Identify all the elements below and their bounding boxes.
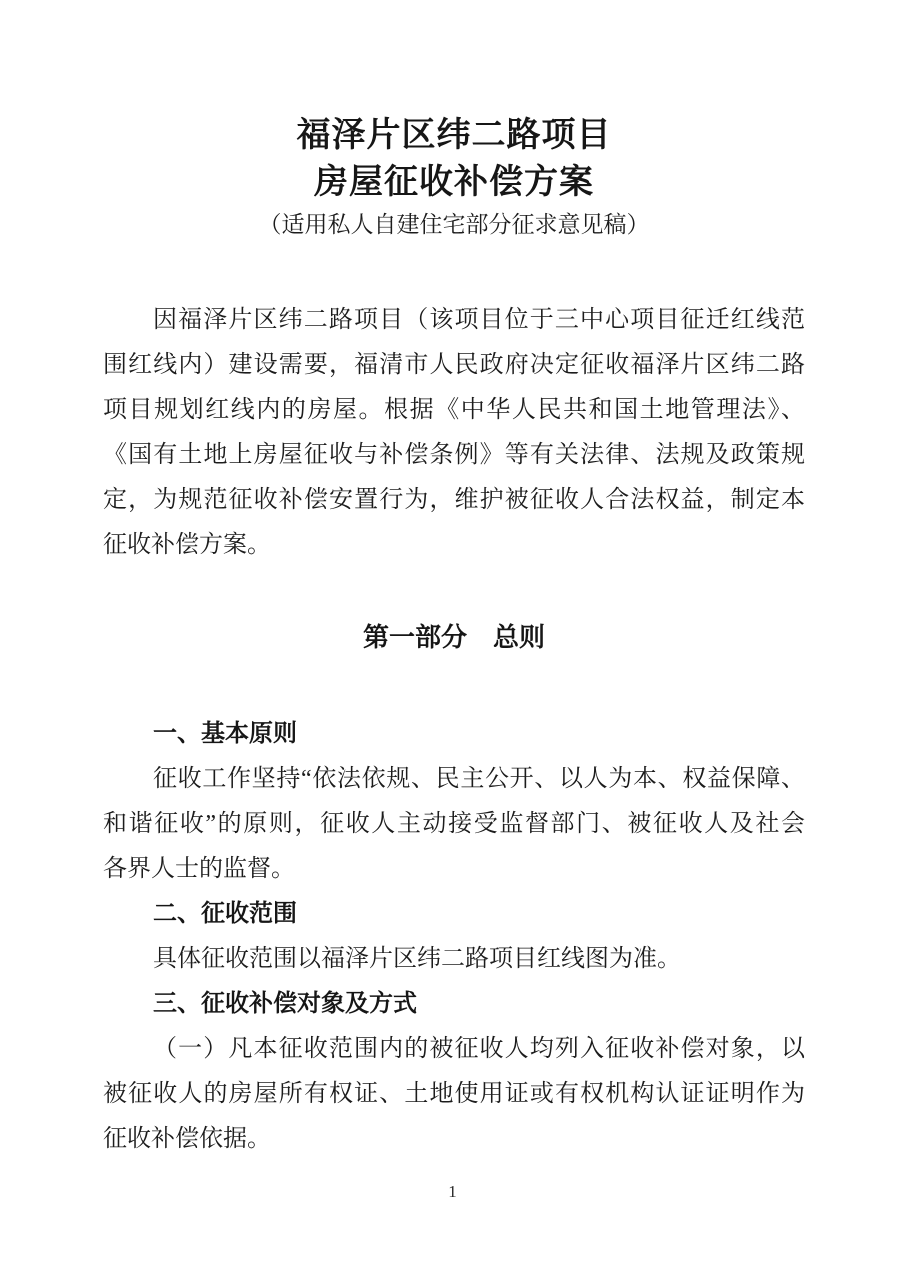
section2-heading: 二、征收范围 <box>103 892 805 937</box>
text-line: 和谐征收”的原则，征收人主动接受监督部门、被征收人及社会 <box>103 802 805 847</box>
title-line-1: 福泽片区纬二路项目 <box>103 112 805 159</box>
text-line: 具体征收范围以福泽片区纬二路项目红线图为准。 <box>103 937 805 982</box>
text-line: 被征收人的房屋所有权证、土地使用证或有权机构认证证明作为 <box>103 1072 805 1117</box>
section1-heading: 一、基本原则 <box>103 712 805 757</box>
text-line: 定，为规范征收补偿安置行为，维护被征收人合法权益，制定本 <box>103 478 805 523</box>
text-line: 项目规划红线内的房屋。根据《中华人民共和国土地管理法》、 <box>103 388 805 433</box>
section1-paragraph: 征收工作坚持“依法依规、民主公开、以人为本、权益保障、 和谐征收”的原则，征收人… <box>103 757 805 892</box>
document-page: 福泽片区纬二路项目 房屋征收补偿方案 （适用私人自建住宅部分征求意见稿） 因福泽… <box>0 0 905 1280</box>
document-content: 福泽片区纬二路项目 房屋征收补偿方案 （适用私人自建住宅部分征求意见稿） 因福泽… <box>0 112 905 1162</box>
section3-paragraph: （一）凡本征收范围内的被征收人均列入征收补偿对象，以 被征收人的房屋所有权证、土… <box>103 1027 805 1162</box>
text-line: 各界人士的监督。 <box>103 847 805 892</box>
intro-paragraph: 因福泽片区纬二路项目（该项目位于三中心项目征迁红线范 围红线内）建设需要，福清市… <box>103 298 805 568</box>
page-number: 1 <box>0 1180 905 1204</box>
text-line: 征收补偿方案。 <box>103 523 805 568</box>
text-line: 《国有土地上房屋征收与补偿条例》等有关法律、法规及政策规 <box>103 433 805 478</box>
text-line: 征收工作坚持“依法依规、民主公开、以人为本、权益保障、 <box>103 757 805 802</box>
section3-heading: 三、征收补偿对象及方式 <box>103 982 805 1027</box>
section2-paragraph: 具体征收范围以福泽片区纬二路项目红线图为准。 <box>103 937 805 982</box>
document-subtitle: （适用私人自建住宅部分征求意见稿） <box>103 208 805 242</box>
text-line: 围红线内）建设需要，福清市人民政府决定征收福泽片区纬二路 <box>103 343 805 388</box>
title-line-2: 房屋征收补偿方案 <box>103 159 805 206</box>
text-line: 因福泽片区纬二路项目（该项目位于三中心项目征迁红线范 <box>103 298 805 343</box>
part1-heading: 第一部分 总则 <box>103 615 805 660</box>
text-line: （一）凡本征收范围内的被征收人均列入征收补偿对象，以 <box>103 1027 805 1072</box>
text-line: 征收补偿依据。 <box>103 1117 805 1162</box>
document-title: 福泽片区纬二路项目 房屋征收补偿方案 <box>103 112 805 206</box>
